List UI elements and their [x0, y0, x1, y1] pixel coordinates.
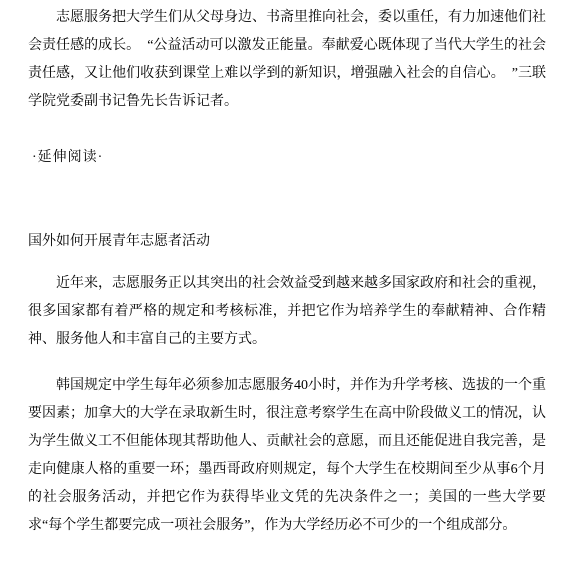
- paragraph-intro: 志愿服务把大学生们从父母身边、书斋里推向社会，委以重任，有力加速他们社会责任感的…: [28, 4, 546, 116]
- subheading-foreign-volunteer-activities: 国外如何开展青年志愿者活动: [28, 228, 546, 256]
- paragraph-country-examples: 韩国规定中学生每年必须参加志愿服务40小时，并作为升学考核、选拔的一个重要因素；…: [28, 372, 546, 540]
- document-page: 志愿服务把大学生们从父母身边、书斋里推向社会，委以重任，有力加速他们社会责任感的…: [0, 0, 573, 563]
- paragraph-overview: 近年来，志愿服务正以其突出的社会效益受到越来越多国家政府和社会的重视，很多国家都…: [28, 270, 546, 354]
- section-marker-extended-reading: ·延伸阅读·: [28, 144, 546, 172]
